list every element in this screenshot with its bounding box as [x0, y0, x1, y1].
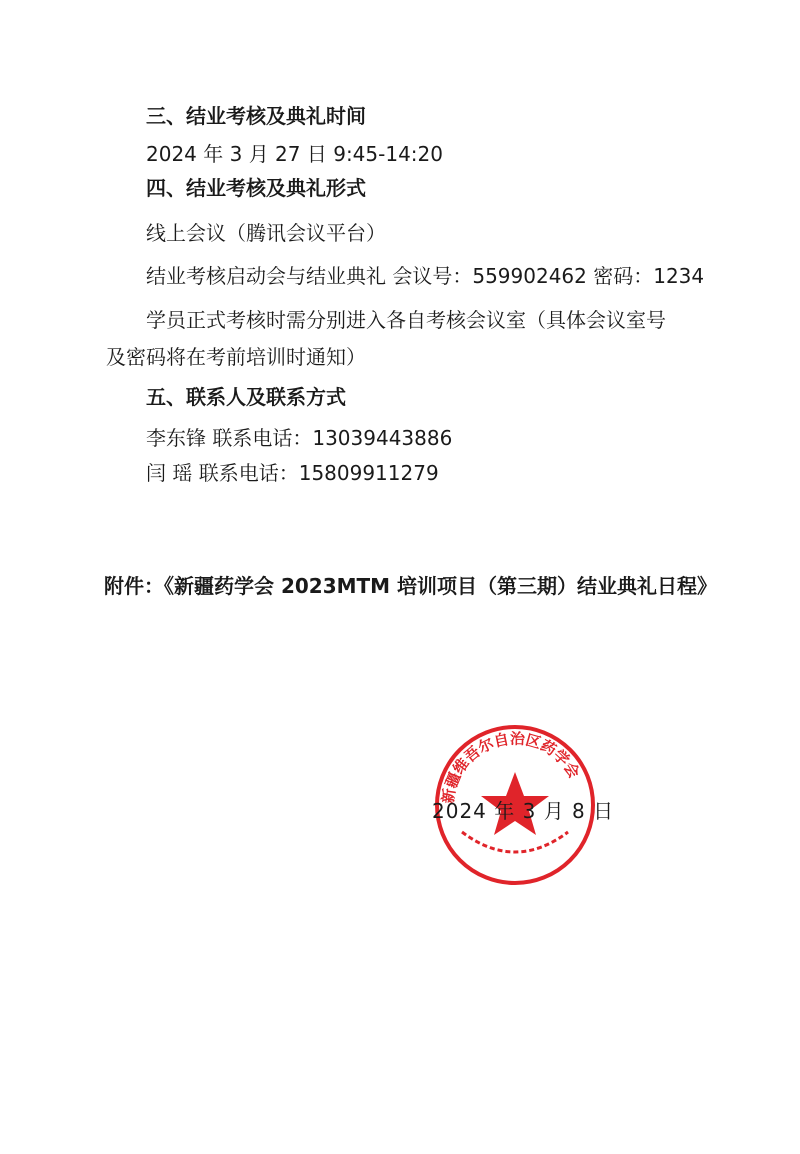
document-date: 2024 年 3 月 8 日 — [432, 795, 614, 824]
event-datetime: 2024 年 3 月 27 日 9:45-14:20 — [146, 142, 443, 166]
contact-1: 李东锋 联系电话：13039443886 — [146, 426, 452, 450]
contact-2: 闫 瑶 联系电话：15809911279 — [146, 461, 439, 485]
exam-room-note: 学员正式考核时需分别进入各自考核会议室（具体会议室号 — [146, 308, 666, 332]
attachment-note: 附件：《新疆药学会 2023MTM 培训项目（第三期）结业典礼日程》 — [104, 574, 717, 598]
section-heading-time: 三、结业考核及典礼时间 — [146, 104, 366, 128]
meeting-platform: 线上会议（腾讯会议平台） — [146, 221, 386, 245]
section-heading-format: 四、结业考核及典礼形式 — [146, 176, 366, 200]
meeting-id-password: 结业考核启动会与结业典礼 会议号：559902462 密码：1234 — [146, 264, 704, 288]
exam-room-note-cont: 及密码将在考前培训时通知） — [106, 345, 366, 369]
section-heading-contacts: 五、联系人及联系方式 — [146, 385, 346, 409]
